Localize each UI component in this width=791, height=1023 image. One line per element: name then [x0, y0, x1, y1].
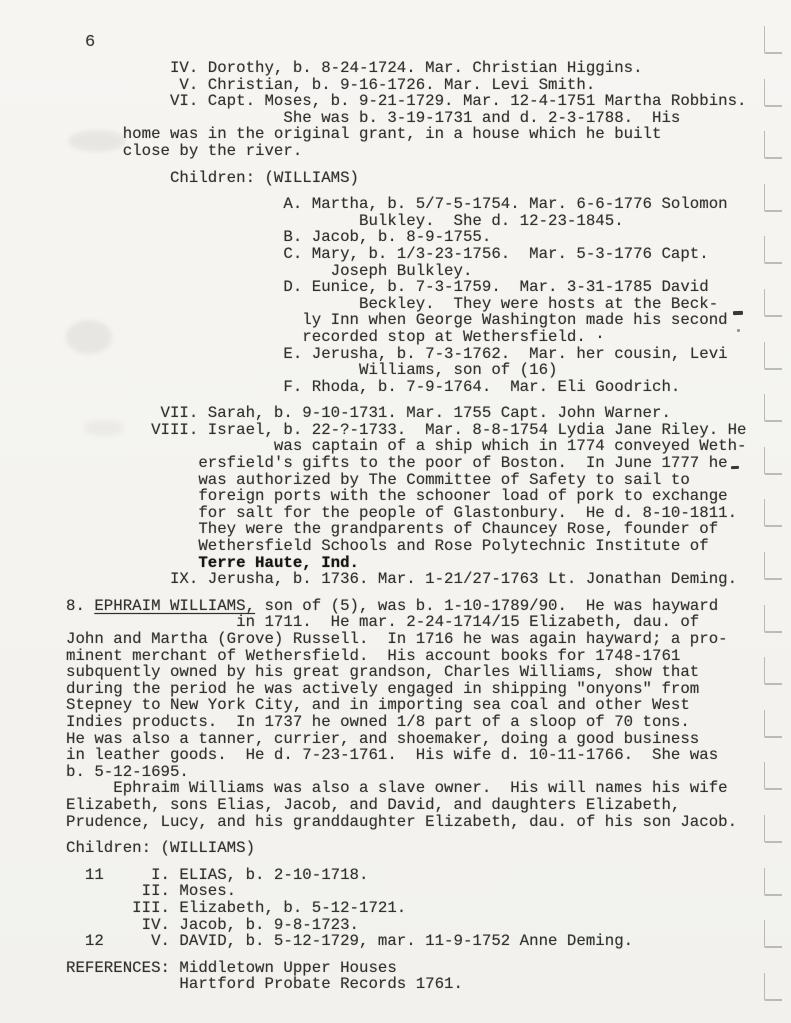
text-line: They were the grandparents of Chauncey R… — [66, 521, 747, 538]
text-line: VI. Capt. Moses, b. 9-21-1729. Mar. 12-4… — [66, 93, 747, 110]
binding-hole-mark — [764, 605, 782, 633]
text-line: III. Elizabeth, b. 5-12-1721. — [66, 900, 747, 917]
binding-hole-mark — [764, 394, 782, 422]
binding-hole-mark — [764, 657, 782, 685]
text-line: She was b. 3-19-1731 and d. 2-3-1788. Hi… — [66, 110, 747, 127]
text-line: during the period he was actively engage… — [66, 681, 747, 698]
text-line: A. Martha, b. 5/7-5-1754. Mar. 6-6-1776 … — [66, 196, 747, 213]
binding-hole-mark — [764, 815, 782, 843]
text-line: REFERENCES: Middletown Upper Houses — [66, 960, 747, 977]
text-line: D. Eunice, b. 7-3-1759. Mar. 3-31-1785 D… — [66, 279, 747, 296]
binding-hole-mark — [764, 868, 782, 896]
text-line: Wethersfield Schools and Rose Polytechni… — [66, 538, 747, 555]
text-line: Hartford Probate Records 1761. — [66, 976, 747, 993]
text-line: minent merchant of Wethersfield. His acc… — [66, 648, 747, 665]
text-line: Children: (WILLIAMS) — [66, 170, 747, 187]
text-line: Terre Haute, Ind. — [66, 555, 747, 572]
text-line: C. Mary, b. 1/3-23-1756. Mar. 5-3-1776 C… — [66, 246, 747, 263]
text-line: recorded stop at Wethersfield. · — [66, 329, 747, 346]
binding-hole-mark — [764, 920, 782, 948]
binding-hole-mark — [764, 710, 782, 738]
text-line: 8. EPHRAIM WILLIAMS, son of (5), was b. … — [66, 598, 747, 615]
scan-smudge — [66, 320, 112, 354]
page-number: 6 — [85, 33, 95, 52]
binding-hole-mark — [764, 342, 782, 370]
scan-smudge — [84, 420, 124, 436]
text-line: Indies products. In 1737 he owned 1/8 pa… — [66, 714, 747, 731]
text-line: subquently owned by his great grandson, … — [66, 664, 747, 681]
text-line: Bulkley. She d. 12-23-1845. — [66, 213, 747, 230]
binding-hole-mark — [764, 26, 782, 54]
binding-hole-mark — [764, 499, 782, 527]
binding-hole-mark — [764, 131, 782, 159]
text-line: John and Martha (Grove) Russell. In 1716… — [66, 631, 747, 648]
text-line: V. Christian, b. 9-16-1726. Mar. Levi Sm… — [66, 77, 747, 94]
text-line: VIII. Israel, b. 22-?-1733. Mar. 8-8-175… — [66, 422, 747, 439]
text-line: in leather goods. He d. 7-23-1761. His w… — [66, 747, 747, 764]
scan-speck — [731, 466, 739, 469]
text-line: in 1711. He mar. 2-24-1714/15 Elizabeth,… — [66, 614, 747, 631]
text-line: b. 5-12-1695. — [66, 764, 747, 781]
text-line: Ephraim Williams was also a slave owner.… — [66, 780, 747, 797]
text-line: Stepney to New York City, and in importi… — [66, 697, 747, 714]
scanned-document-page: 6 IV. Dorothy, b. 8-24-1724. Mar. Christ… — [0, 0, 791, 1023]
text-line: ly Inn when George Washington made his s… — [66, 312, 747, 329]
text-line: foreign ports with the schooner load of … — [66, 488, 747, 505]
text-line: was authorized by The Committee of Safet… — [66, 472, 747, 489]
text-line: 11 I. ELIAS, b. 2-10-1718. — [66, 867, 747, 884]
text-line: Beckley. They were hosts at the Beck- — [66, 296, 747, 313]
text-line: ersfield's gifts to the poor of Boston. … — [66, 455, 747, 472]
scan-speck — [737, 329, 740, 332]
binding-hole-mark — [764, 973, 782, 1001]
text-line: home was in the original grant, in a hou… — [66, 126, 747, 143]
text-line: He was also a tanner, currier, and shoem… — [66, 731, 747, 748]
text-line: Prudence, Lucy, and his granddaughter El… — [66, 814, 747, 831]
text-line: Joseph Bulkley. — [66, 263, 747, 280]
binding-hole-mark — [764, 236, 782, 264]
text-line: IV. Jacob, b. 9-8-1723. — [66, 917, 747, 934]
document-text: IV. Dorothy, b. 8-24-1724. Mar. Christia… — [66, 60, 747, 993]
text-line: II. Moses. — [66, 883, 747, 900]
text-line: 12 V. DAVID, b. 5-12-1729, mar. 11-9-175… — [66, 933, 747, 950]
text-line: Elizabeth, sons Elias, Jacob, and David,… — [66, 797, 747, 814]
text-line: Children: (WILLIAMS) — [66, 840, 747, 857]
text-line: IX. Jerusha, b. 1736. Mar. 1-21/27-1763 … — [66, 571, 747, 588]
text-line: Williams, son of (16) — [66, 362, 747, 379]
binding-hole-mark — [764, 447, 782, 475]
text-line: B. Jacob, b. 8-9-1755. — [66, 229, 747, 246]
binding-hole-mark — [764, 79, 782, 107]
text-line: IV. Dorothy, b. 8-24-1724. Mar. Christia… — [66, 60, 747, 77]
binding-hole-mark — [764, 762, 782, 790]
text-line: for salt for the people of Glastonbury. … — [66, 505, 747, 522]
scan-smudge — [68, 130, 126, 152]
text-line: VII. Sarah, b. 9-10-1731. Mar. 1755 Capt… — [66, 405, 747, 422]
text-line: close by the river. — [66, 143, 747, 160]
binding-hole-mark — [764, 289, 782, 317]
binding-hole-mark — [764, 184, 782, 212]
text-line: was captain of a ship which in 1774 conv… — [66, 438, 747, 455]
text-line: F. Rhoda, b. 7-9-1764. Mar. Eli Goodrich… — [66, 379, 747, 396]
binding-hole-mark — [764, 552, 782, 580]
text-line: E. Jerusha, b. 7-3-1762. Mar. her cousin… — [66, 346, 747, 363]
scan-speck — [733, 311, 743, 315]
